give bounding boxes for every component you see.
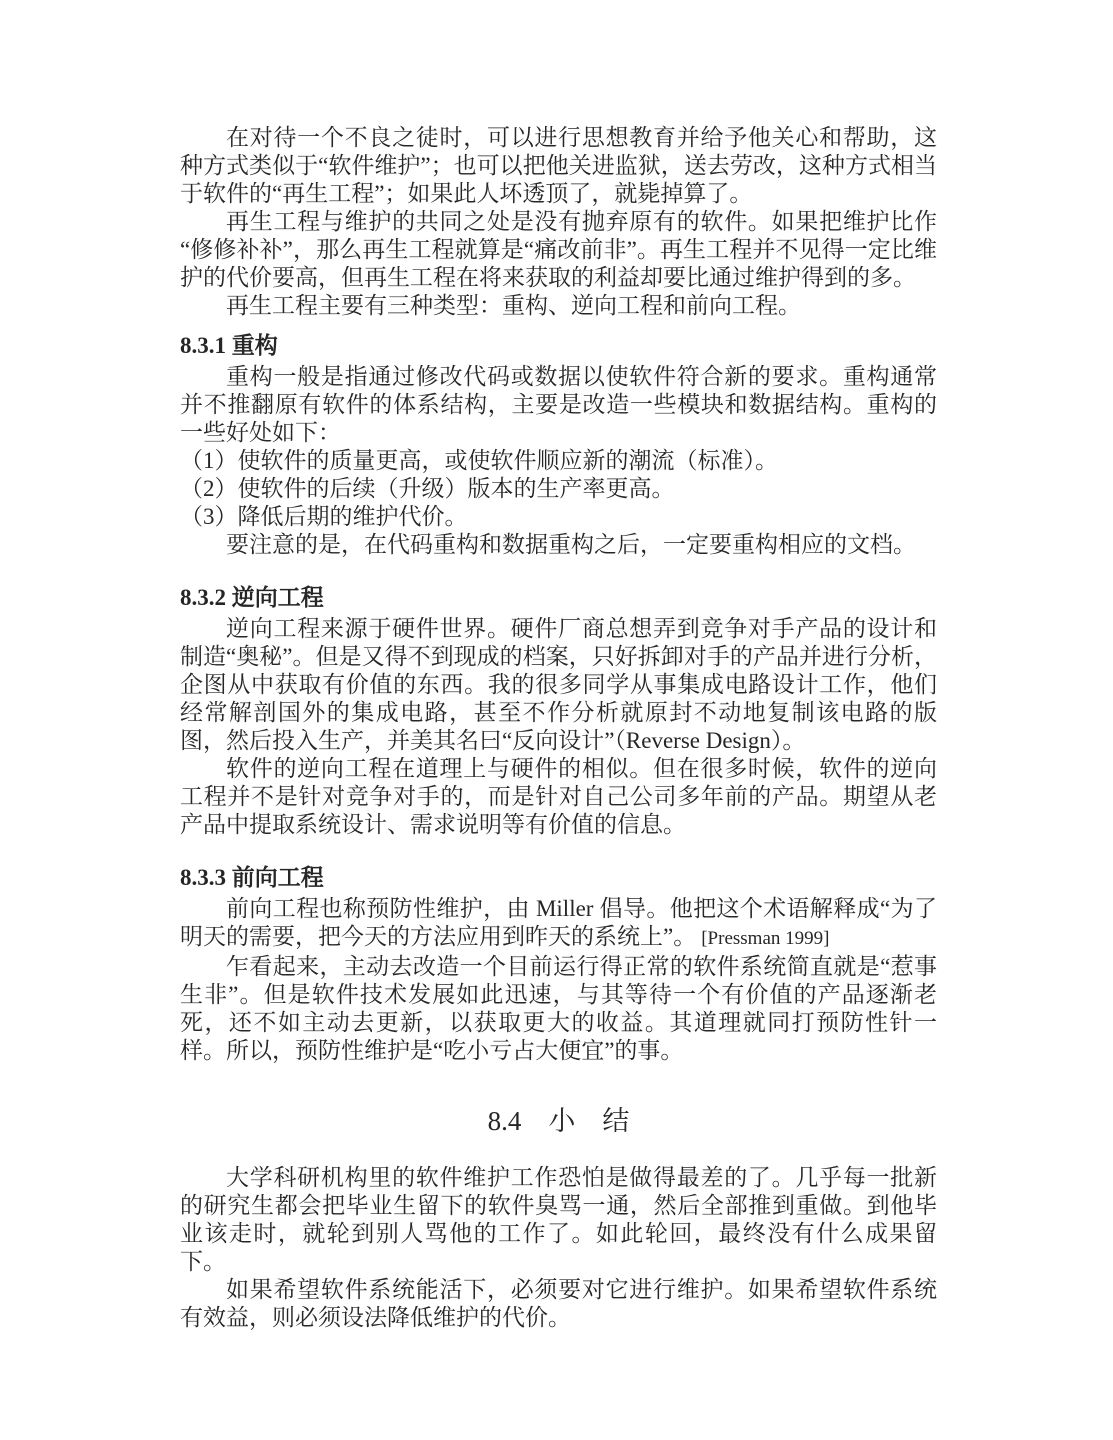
intro-paragraph-1: 在对待一个不良之徒时，可以进行思想教育并给予他关心和帮助，这种方式类似于“软件维…	[180, 124, 937, 208]
section-8-3-2-paragraph-2: 软件的逆向工程在道理上与硬件的相似。但在很多时候，软件的逆向工程并不是针对竞争对…	[180, 755, 937, 839]
section-heading-8-4-summary: 8.4 小 结	[180, 1104, 937, 1138]
section-8-3-1-note: 要注意的是，在代码重构和数据重构之后，一定要重构相应的文档。	[180, 531, 937, 559]
section-heading-8-3-3: 8.3.3 前向工程	[180, 863, 937, 893]
section-8-3-2-paragraph-1: 逆向工程来源于硬件世界。硬件厂商总想弄到竞争对手产品的设计和制造“奥秘”。但是又…	[180, 615, 937, 755]
section-8-3-3-paragraph-1: 前向工程也称预防性维护，由 Miller 倡导。他把这个术语解释成“为了明天的需…	[180, 895, 937, 953]
document-page: 在对待一个不良之徒时，可以进行思想教育并给予他关心和帮助，这种方式类似于“软件维…	[0, 0, 1113, 1440]
section-8-3-1-list-item-3: （3）降低后期的维护代价。	[180, 503, 937, 531]
section-8-3-1-list-item-2: （2）使软件的后续（升级）版本的生产率更高。	[180, 475, 937, 503]
summary-paragraph-1: 大学科研机构里的软件维护工作恐怕是做得最差的了。几乎每一批新的研究生都会把毕业生…	[180, 1164, 937, 1276]
intro-paragraph-3: 再生工程主要有三种类型：重构、逆向工程和前向工程。	[180, 292, 937, 320]
summary-paragraph-2: 如果希望软件系统能活下，必须要对它进行维护。如果希望软件系统有效益，则必须设法降…	[180, 1276, 937, 1332]
section-8-3-1-list-item-1: （1）使软件的质量更高，或使软件顺应新的潮流（标准）。	[180, 447, 937, 475]
intro-paragraph-2: 再生工程与维护的共同之处是没有抛弃原有的软件。如果把维护比作“修修补补”，那么再…	[180, 208, 937, 292]
section-8-3-3-paragraph-2: 乍看起来，主动去改造一个目前运行得正常的软件系统简直就是“惹事生非”。但是软件技…	[180, 953, 937, 1065]
section-heading-8-3-1: 8.3.1 重构	[180, 331, 937, 361]
section-8-3-1-paragraph: 重构一般是指通过修改代码或数据以使软件符合新的要求。重构通常并不推翻原有软件的体…	[180, 363, 937, 447]
section-heading-8-3-2: 8.3.2 逆向工程	[180, 583, 937, 613]
citation-pressman-1999: [Pressman 1999]	[701, 928, 829, 949]
